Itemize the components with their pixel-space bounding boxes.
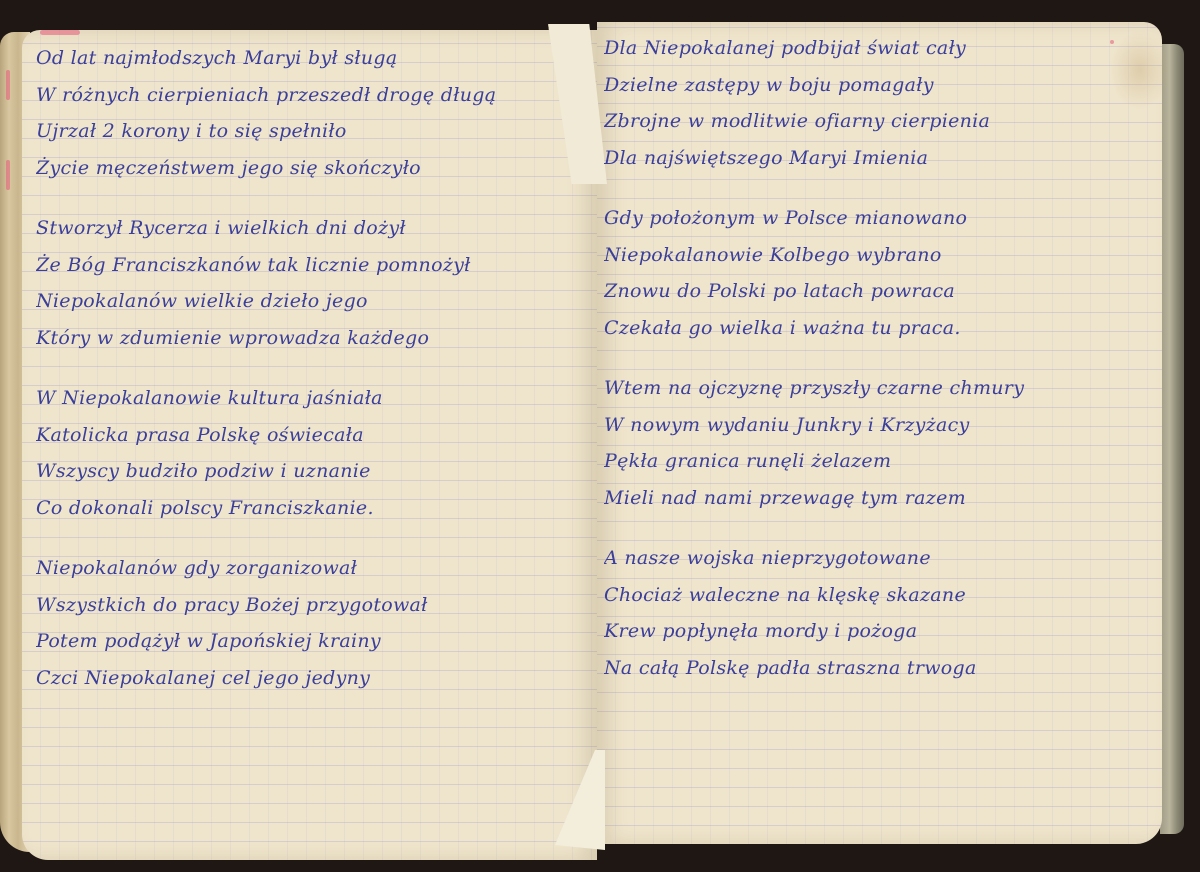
stanza: Niepokalanów gdy zorganizował Wszystkich… [36, 550, 596, 696]
pink-mark [40, 30, 80, 35]
verse-line: Na całą Polskę padła straszna trwoga [604, 650, 1164, 687]
verse-line: Dzielne zastępy w boju pomagały [604, 67, 1164, 104]
verse-line: W różnych cierpieniach przeszedł drogę d… [36, 77, 596, 114]
verse-line: Stworzył Rycerza i wielkich dni dożył [36, 210, 596, 247]
verse-line: Chociaż waleczne na klęskę skazane [604, 577, 1164, 614]
verse-line: Wszyscy budziło podziw i uznanie [36, 453, 596, 490]
notebook-spread: Od lat najmłodszych Maryi był sługą W ró… [0, 0, 1200, 872]
stanza: Dla Niepokalanej podbijał świat cały Dzi… [604, 30, 1164, 176]
pink-mark [6, 70, 10, 100]
verse-line: Który w zdumienie wprowadza każdego [36, 320, 596, 357]
stanza-gap [36, 186, 596, 210]
right-page-verses: Dla Niepokalanej podbijał świat cały Dzi… [604, 30, 1164, 686]
verse-line: Zbrojne w modlitwie ofiarny cierpienia [604, 103, 1164, 140]
verse-line: Że Bóg Franciszkanów tak licznie pomnoży… [36, 247, 596, 284]
verse-line: W nowym wydaniu Junkry i Krzyżacy [604, 407, 1164, 444]
verse-line: Mieli nad nami przewagę tym razem [604, 480, 1164, 517]
verse-line: Ujrzał 2 korony i to się spełniło [36, 113, 596, 150]
stanza: A nasze wojska nieprzygotowane Chociaż w… [604, 540, 1164, 686]
verse-line: Od lat najmłodszych Maryi był sługą [36, 40, 596, 77]
verse-line: Znowu do Polski po latach powraca [604, 273, 1164, 310]
verse-line: Niepokalanów gdy zorganizował [36, 550, 596, 587]
verse-line: Krew popłynęła mordy i pożoga [604, 613, 1164, 650]
verse-line: Pękła granica runęli żelazem [604, 443, 1164, 480]
stanza: Stworzył Rycerza i wielkich dni dożył Że… [36, 210, 596, 356]
verse-line: Katolicka prasa Polskę oświecała [36, 417, 596, 454]
stanza: Gdy położonym w Polsce mianowano Niepoka… [604, 200, 1164, 346]
verse-line: Niepokalanów wielkie dzieło jego [36, 283, 596, 320]
verse-line: Potem podążył w Japońskiej krainy [36, 623, 596, 660]
verse-line: Życie męczeństwem jego się skończyło [36, 150, 596, 187]
verse-line: Gdy położonym w Polsce mianowano [604, 200, 1164, 237]
stanza-gap [604, 346, 1164, 370]
verse-line: W Niepokalanowie kultura jaśniała [36, 380, 596, 417]
stanza-gap [36, 526, 596, 550]
verse-line: Czci Niepokalanej cel jego jedyny [36, 660, 596, 697]
stanza-gap [604, 516, 1164, 540]
stanza: Od lat najmłodszych Maryi był sługą W ró… [36, 40, 596, 186]
verse-line: Dla najświętszego Maryi Imienia [604, 140, 1164, 177]
stanza-gap [36, 356, 596, 380]
verse-line: Niepokalanowie Kolbego wybrano [604, 237, 1164, 274]
verse-line: Dla Niepokalanej podbijał świat cały [604, 30, 1164, 67]
verse-line: Czekała go wielka i ważna tu praca. [604, 310, 1164, 347]
stanza: W Niepokalanowie kultura jaśniała Katoli… [36, 380, 596, 526]
stanza-gap [604, 176, 1164, 200]
verse-line: Wszystkich do pracy Bożej przygotował [36, 587, 596, 624]
verse-line: Co dokonali polscy Franciszkanie. [36, 490, 596, 527]
pink-mark [6, 160, 10, 190]
stanza: Wtem na ojczyznę przyszły czarne chmury … [604, 370, 1164, 516]
left-page-verses: Od lat najmłodszych Maryi był sługą W ró… [36, 40, 596, 696]
verse-line: Wtem na ojczyznę przyszły czarne chmury [604, 370, 1164, 407]
verse-line: A nasze wojska nieprzygotowane [604, 540, 1164, 577]
